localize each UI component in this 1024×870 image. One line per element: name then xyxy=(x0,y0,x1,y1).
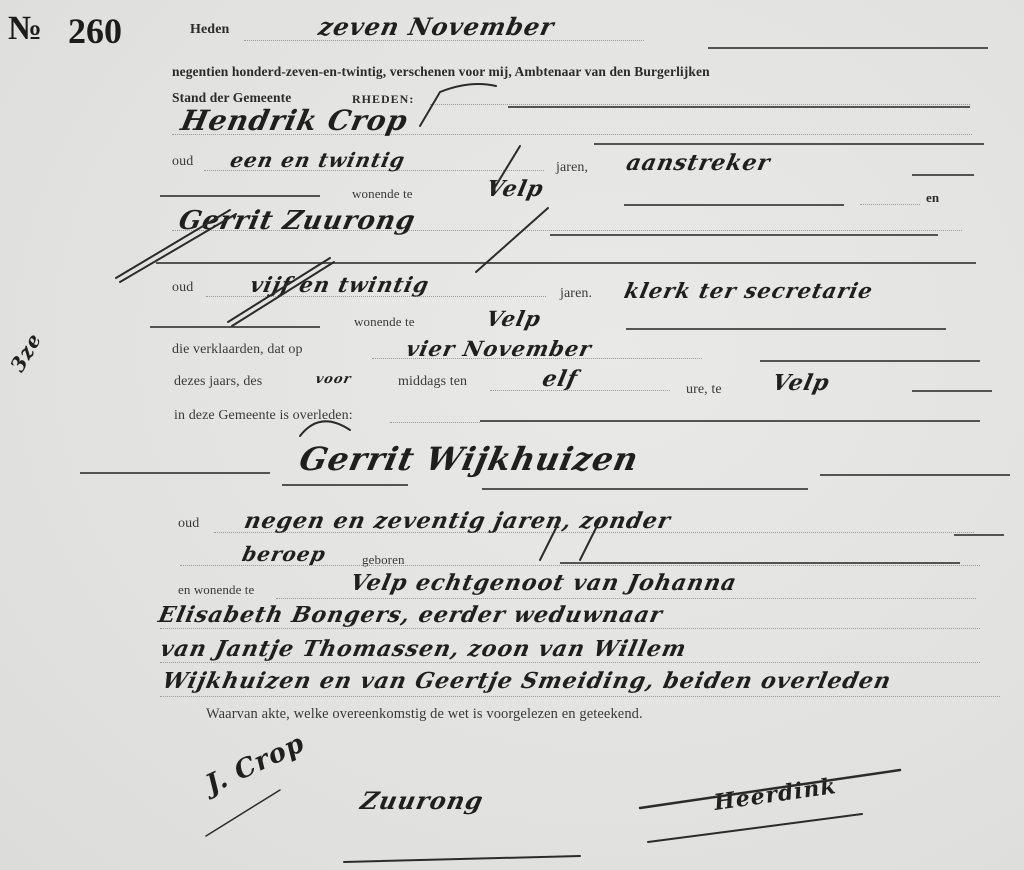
civil-record-page: № 260 Heden zeven November negentien hon… xyxy=(0,0,1024,870)
pen-flourishes xyxy=(0,0,1024,870)
